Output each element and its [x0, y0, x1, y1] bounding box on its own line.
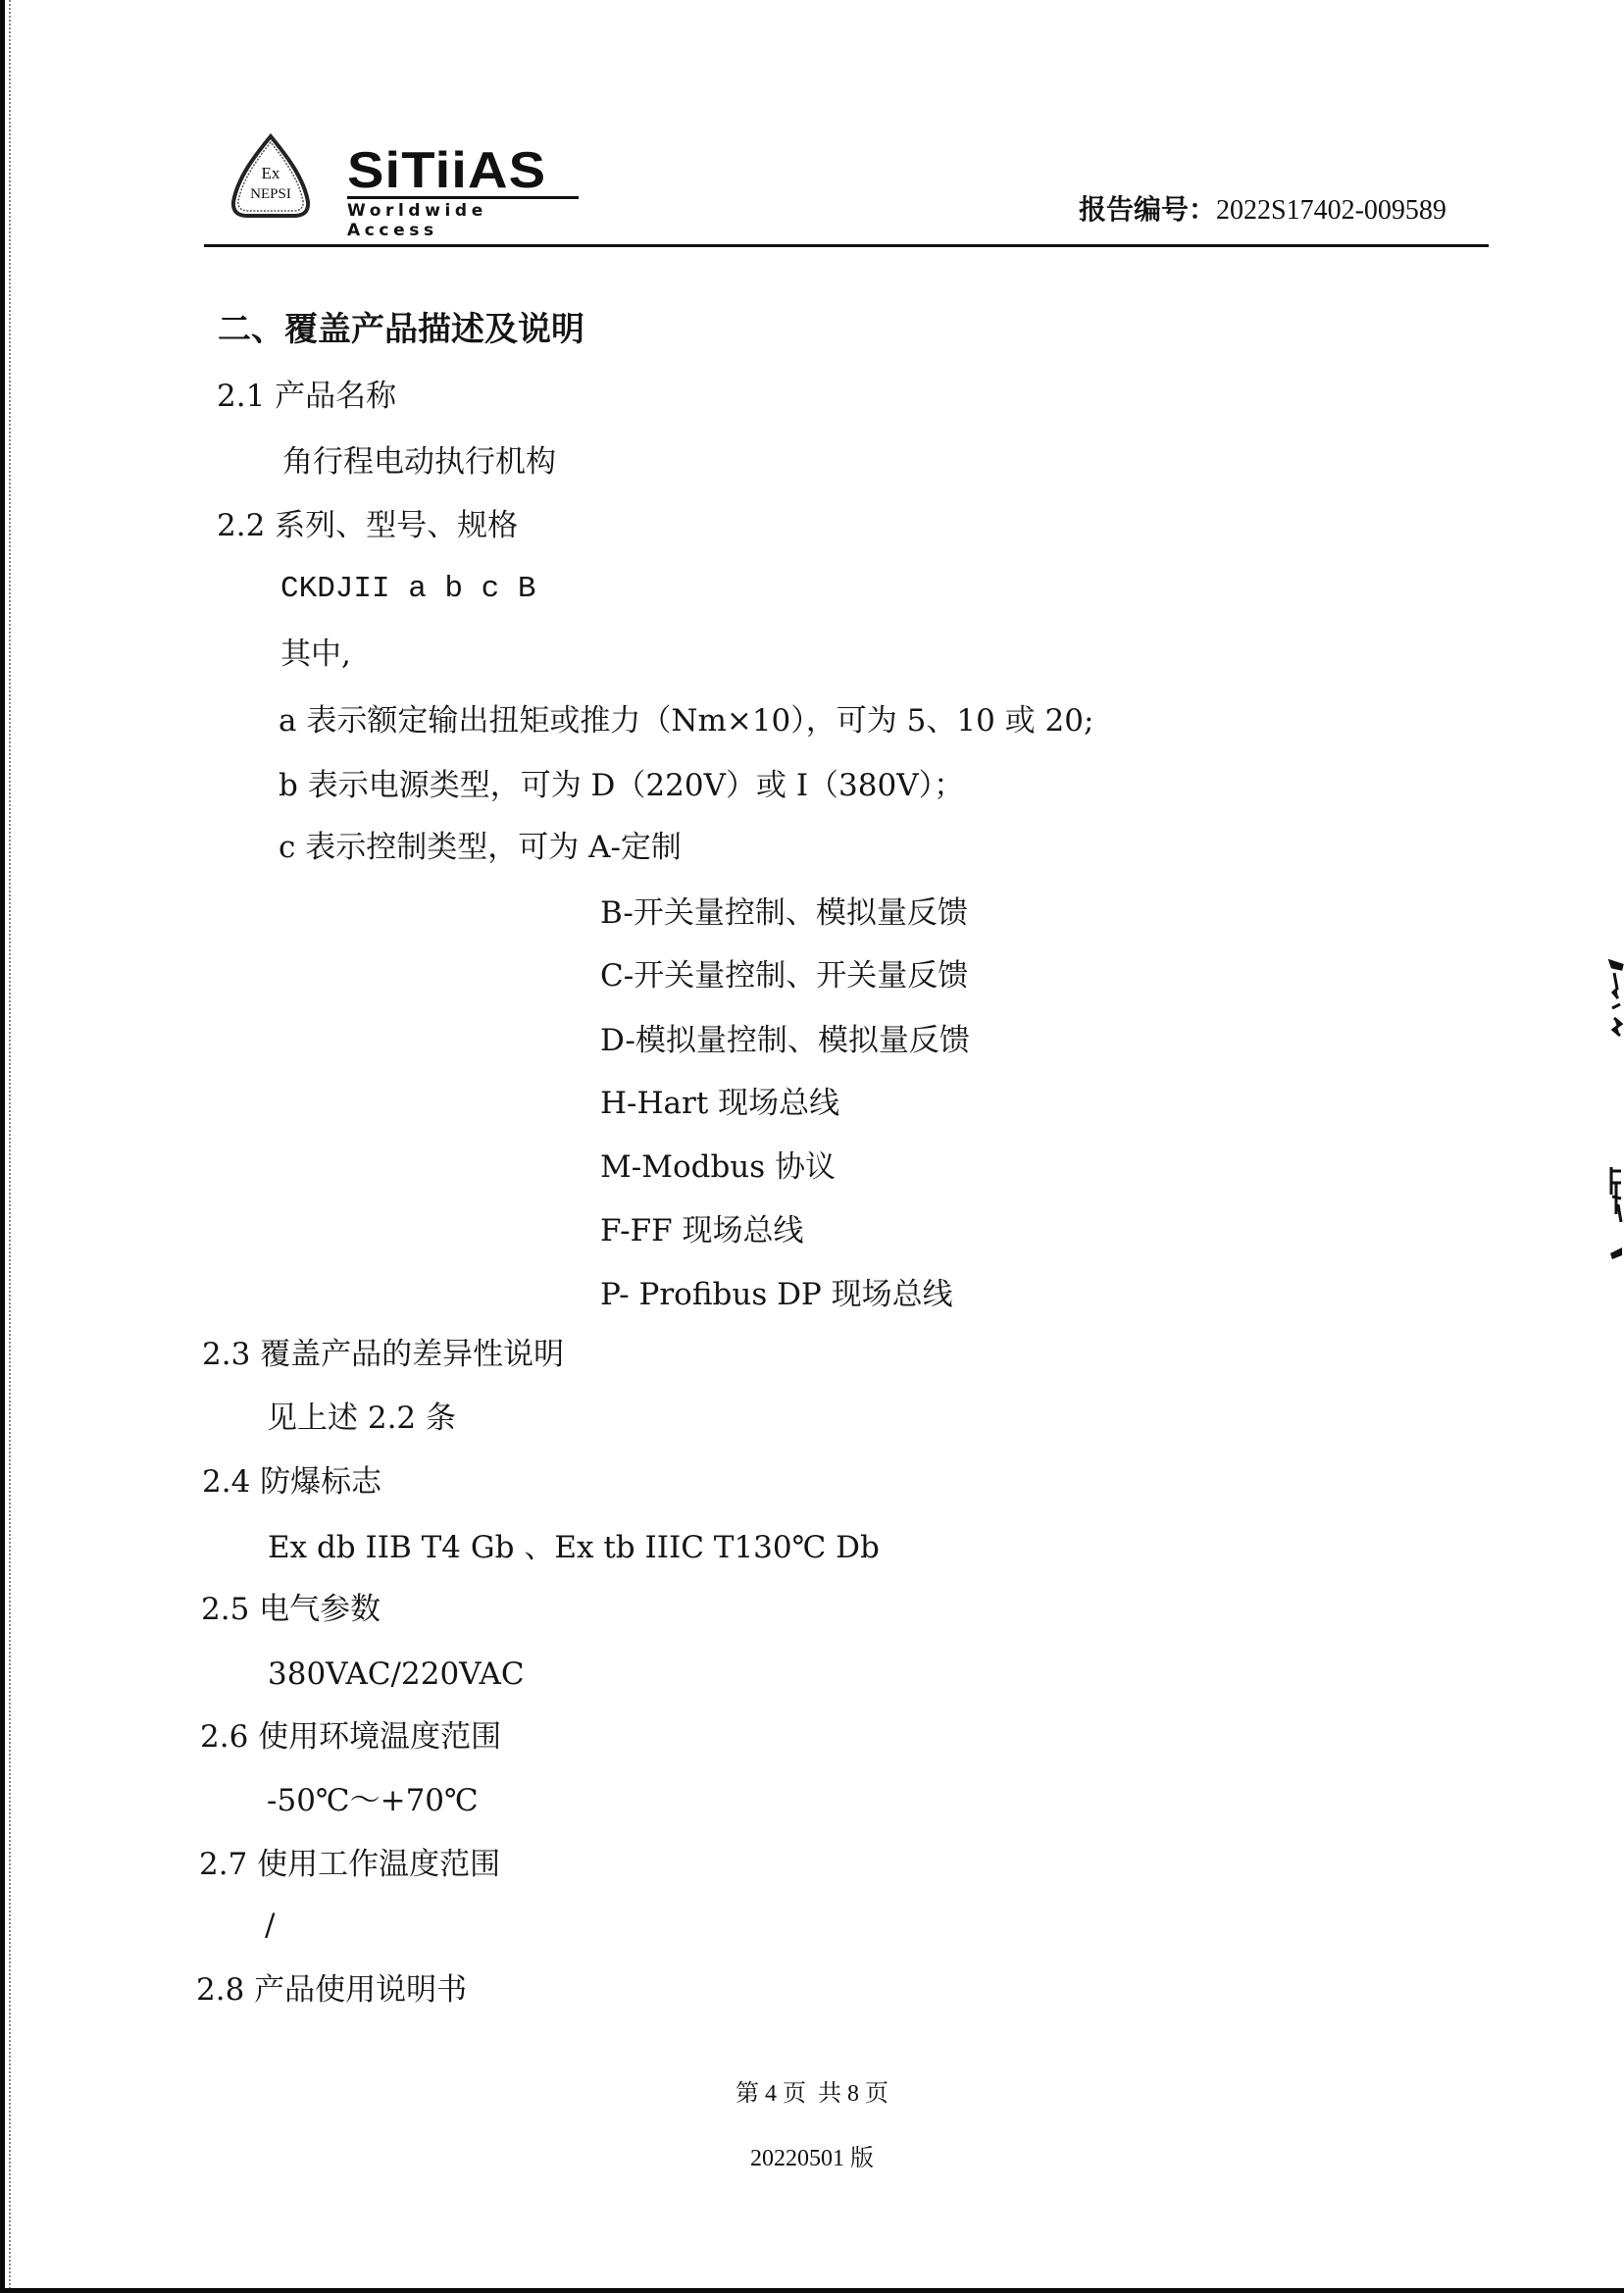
seal-fragment-icon — [1608, 959, 1624, 1047]
control-type-b: B-开关量控制、模拟量反馈 — [600, 895, 968, 931]
report-number-label: 报告编号： — [1079, 195, 1216, 226]
item-heading-2-2: 2.2 系列、型号、规格 — [217, 508, 518, 543]
report-number-value: 2022S17402-009589 — [1216, 195, 1446, 226]
ambient-temp-range: -50℃～+70℃ — [267, 1783, 479, 1818]
item-heading-2-1: 2.1 产品名称 — [217, 379, 396, 414]
report-number: 报告编号：2022S17402-009589 — [1079, 194, 1446, 228]
scan-border-left — [0, 0, 5, 2293]
seal-fragment-icon — [1608, 1165, 1624, 1263]
scan-border-bottom — [0, 2288, 1624, 2293]
brand-tagline: Worldwide Access — [347, 201, 583, 240]
ex-marking: Ex db IIB T4 Gb 、Ex tb IIIC T130℃ Db — [268, 1530, 880, 1565]
sitiias-logo: SiTiiAS Worldwide Access — [347, 147, 583, 224]
param-a: a 表示额定输出扭矩或推力（Nm×10），可为 5、10 或 20; — [279, 703, 1093, 739]
model-code: CKDJII a b c B — [280, 572, 535, 607]
control-type-f: F-FF 现场总线 — [600, 1213, 803, 1248]
item-heading-2-5: 2.5 电气参数 — [201, 1592, 381, 1627]
item-heading-2-8: 2.8 产品使用说明书 — [196, 1972, 467, 2008]
where-label: 其中, — [280, 637, 351, 672]
item-heading-2-3: 2.3 覆盖产品的差异性说明 — [202, 1337, 564, 1372]
product-name: 角行程电动执行机构 — [282, 444, 556, 480]
scan-dotted-line — [9, 0, 11, 2293]
item-heading-2-7: 2.7 使用工作温度范围 — [199, 1847, 500, 1882]
electrical-params: 380VAC/220VAC — [268, 1656, 525, 1692]
difference-note: 见上述 2.2 条 — [267, 1401, 456, 1436]
section-title: 二、覆盖产品描述及说明 — [218, 312, 584, 347]
item-heading-2-4: 2.4 防爆标志 — [202, 1464, 381, 1500]
page-indicator: 第 4 页 共 8 页 — [0, 2073, 1624, 2108]
control-type-c: C-开关量控制、开关量反馈 — [600, 958, 968, 994]
param-c: c 表示控制类型，可为 A-定制 — [279, 830, 682, 865]
version-label: 20220501 版 — [0, 2138, 1624, 2172]
brand-name: SiTiiAS — [347, 147, 601, 194]
header-divider — [204, 244, 1489, 247]
working-temp-range: / — [265, 1908, 275, 1943]
control-type-h: H-Hart 现场总线 — [600, 1086, 839, 1121]
control-type-d: D-模拟量控制、模拟量反馈 — [600, 1023, 970, 1058]
control-type-m: M-Modbus 协议 — [600, 1149, 836, 1185]
ex-nepsi-badge-icon: Ex NEPSI — [228, 133, 314, 220]
item-heading-2-6: 2.6 使用环境温度范围 — [200, 1719, 501, 1755]
control-type-p: P- Profibus DP 现场总线 — [600, 1277, 953, 1312]
svg-text:NEPSI: NEPSI — [250, 186, 291, 202]
param-b: b 表示电源类型，可为 D（220V）或 I（380V）； — [279, 768, 964, 803]
svg-text:Ex: Ex — [262, 164, 280, 182]
